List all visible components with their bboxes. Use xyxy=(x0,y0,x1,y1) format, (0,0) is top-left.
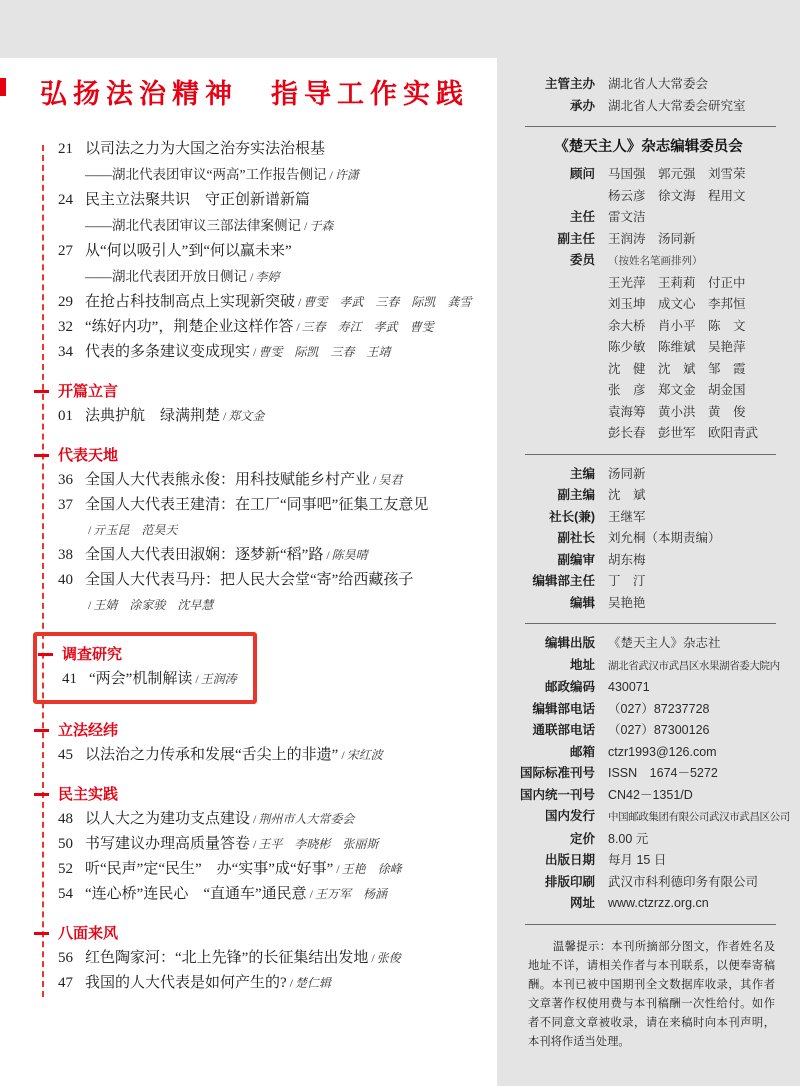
entry-page-number: 34 xyxy=(58,340,85,365)
masthead-row: 网址www.ctzrzz.org.cn xyxy=(497,893,800,915)
toc-entry: 48以人大之为建功支点建设荆州市人大常委会 xyxy=(58,807,497,832)
section-header-label: 立法经纬 xyxy=(58,722,118,739)
masthead-row: 杨云彦 徐文海 程用文 xyxy=(497,186,800,208)
entry-subtitle-author: 于森 xyxy=(301,214,333,239)
masthead-value: 刘允桐（本期责编） xyxy=(608,528,721,550)
masthead-label: 编辑 xyxy=(497,593,595,615)
section-header-label: 民主实践 xyxy=(58,786,118,803)
toc-entry: 34代表的多条建议变成现实曹雯 际凯 三春 王靖 xyxy=(58,340,497,365)
masthead-label: 国内发行 xyxy=(497,806,595,828)
masthead-committee-title: 《楚天主人》杂志编辑委员会 xyxy=(497,136,800,158)
masthead-value: ISSN 1674－5272 xyxy=(608,763,718,785)
masthead-value: 8.00 元 xyxy=(608,829,648,851)
entry-title: “连心桥”连民心 “直通车”通民意 xyxy=(85,882,307,907)
masthead-row: 刘玉坤 成文心 李邦恒 xyxy=(497,294,800,316)
masthead-value: 余大桥 肖小平 陈 文 xyxy=(608,316,746,338)
entry-page-number: 21 xyxy=(58,137,85,162)
masthead-label: 出版日期 xyxy=(497,850,595,872)
entry-title: 代表的多条建议变成现实 xyxy=(85,340,250,365)
entry-page-number: 56 xyxy=(58,946,85,971)
masthead-value: 王光萍 王莉莉 付正中 xyxy=(608,273,746,295)
masthead-row: 国际标准刊号ISSN 1674－5272 xyxy=(497,763,800,785)
masthead-label: 主编 xyxy=(497,464,595,486)
entry-author: 宋红波 xyxy=(338,743,382,768)
section-header-label: 八面来风 xyxy=(58,925,118,942)
masthead-row: 王光萍 王莉莉 付正中 xyxy=(497,273,800,295)
masthead-divider xyxy=(525,454,776,455)
masthead-label: 承办 xyxy=(497,96,595,118)
toc-entry-subtitle-row: ——湖北代表团审议三部法律案侧记于森 xyxy=(58,213,497,239)
entry-title: 书写建议办理高质量答卷 xyxy=(85,832,250,857)
section-header: 开篇立言 xyxy=(58,379,497,404)
masthead-value: CN42－1351/D xyxy=(608,785,693,807)
masthead-notice: 温馨提示：本刊所摘部分图文，作者姓名及地址不详，请相关作者与本刊联系，以便奉寄稿… xyxy=(528,938,775,1052)
entry-author: 陈昊晴 xyxy=(323,543,367,568)
toc-entry: 29在抢占科技制高点上实现新突破曹雯 孝武 三春 际凯 龚雪 xyxy=(58,290,497,315)
toc-section: 八面来风56红色陶家河：“北上先锋”的长征集结出发地张俊47我国的人大代表是如何… xyxy=(58,921,497,996)
masthead-label: 副编审 xyxy=(497,550,595,572)
page-title: 弘扬法治精神 指导工作实践 xyxy=(40,72,497,111)
toc-entry: 45以法治之力传承和发展“舌尖上的非遗”宋红波 xyxy=(58,743,497,768)
entry-title: 红色陶家河：“北上先锋”的长征集结出发地 xyxy=(85,946,368,971)
toc-section: 民主实践48以人大之为建功支点建设荆州市人大常委会50书写建议办理高质量答卷王平… xyxy=(58,782,497,907)
entry-page-number: 38 xyxy=(58,543,85,568)
toc-entry: 38全国人大代表田淑娴：逐梦新“稻”路陈昊晴 xyxy=(58,543,497,568)
entry-author: 王平 李晓彬 张丽斯 xyxy=(250,832,378,857)
entry-title: 在抢占科技制高点上实现新突破 xyxy=(85,290,295,315)
masthead-row: 副主编沈 斌 xyxy=(497,485,800,507)
section-header: 八面来风 xyxy=(58,921,497,946)
toc-section: 开篇立言01法典护航 绿满荆楚郑文金 xyxy=(58,379,497,429)
masthead-label: 网址 xyxy=(497,893,595,915)
masthead-value: 马国强 郭元强 刘雪荣 xyxy=(608,164,746,186)
masthead-value: （027）87300126 xyxy=(608,720,709,742)
toc-entry: 40全国人大代表马丹：把人民大会堂“寄”给西藏孩子 xyxy=(58,568,497,593)
entry-page-number: 24 xyxy=(58,188,85,213)
masthead-row: 排版印刷武汉市科利德印务有限公司 xyxy=(497,872,800,894)
entry-subtitle-author: 许潇 xyxy=(326,163,358,188)
masthead-value: 王继军 xyxy=(608,507,646,529)
entry-page-number: 27 xyxy=(58,239,85,264)
entry-page-number: 50 xyxy=(58,832,85,857)
entry-page-number: 54 xyxy=(58,882,85,907)
toc-entry: 36全国人大代表熊永俊：用科技赋能乡村产业吴君 xyxy=(58,468,497,493)
masthead-value: ctzr1993@126.com xyxy=(608,742,717,764)
toc-entry: 50书写建议办理高质量答卷王平 李晓彬 张丽斯 xyxy=(58,832,497,857)
masthead-label: 定价 xyxy=(497,829,595,851)
masthead-value: 袁海筹 黄小洪 黄 俊 xyxy=(608,402,746,424)
masthead-row: 余大桥 肖小平 陈 文 xyxy=(497,316,800,338)
toc-section: 代表天地36全国人大代表熊永俊：用科技赋能乡村产业吴君37全国人大代表王建清：在… xyxy=(58,443,497,618)
toc-entry: 21以司法之力为大国之治夯实法治根基 xyxy=(58,137,497,162)
section-header: 代表天地 xyxy=(58,443,497,468)
masthead-row: 主任雷文洁 xyxy=(497,207,800,229)
masthead-row: 国内统一刊号CN42－1351/D xyxy=(497,785,800,807)
toc-entry: 37全国人大代表王建清：在工厂“同事吧”征集工友意见 xyxy=(58,493,497,518)
toc-panel: 弘扬法治精神 指导工作实践 21以司法之力为大国之治夯实法治根基——湖北代表团审… xyxy=(0,58,497,1086)
masthead-label: 副社长 xyxy=(497,528,595,550)
masthead-panel: 主管主办湖北省人大常委会承办湖北省人大常委会研究室《楚天主人》杂志编辑委员会顾问… xyxy=(497,0,800,1086)
masthead-row: 社长(兼)王继军 xyxy=(497,507,800,529)
entry-title: 全国人大代表王建清：在工厂“同事吧”征集工友意见 xyxy=(85,493,428,518)
masthead-label: 副主任 xyxy=(497,229,595,251)
masthead-value: 吴艳艳 xyxy=(608,593,646,615)
masthead-value: 胡东梅 xyxy=(608,550,646,572)
toc-entry: 56红色陶家河：“北上先锋”的长征集结出发地张俊 xyxy=(58,946,497,971)
masthead-row: 编辑部电话（027）87237728 xyxy=(497,699,800,721)
entry-author: 郑文金 xyxy=(220,404,264,429)
masthead-value: 沈 健 沈 斌 邹 霞 xyxy=(608,359,746,381)
masthead-row: 承办湖北省人大常委会研究室 xyxy=(497,96,800,118)
masthead-value: 《楚天主人》杂志社 xyxy=(608,633,721,655)
entry-page-number: 01 xyxy=(58,404,85,429)
masthead-label: 委员 xyxy=(497,250,595,272)
masthead-value: 刘玉坤 成文心 李邦恒 xyxy=(608,294,746,316)
toc-section-highlighted: 调查研究41“两会”机制解读王润涛 xyxy=(33,632,257,704)
entry-subtitle: ——湖北代表团开放日侧记 xyxy=(85,264,247,289)
section-header-label: 代表天地 xyxy=(58,447,118,464)
section-header: 立法经纬 xyxy=(58,718,497,743)
entry-page-number: 37 xyxy=(58,493,85,518)
masthead-value: 丁 汀 xyxy=(608,571,646,593)
masthead-row: 主编汤同新 xyxy=(497,464,800,486)
section-header-label: 开篇立言 xyxy=(58,383,118,400)
entry-page-number: 29 xyxy=(58,290,85,315)
masthead-row: 张 彦 郑文金 胡金国 xyxy=(497,380,800,402)
entry-author: 楚仁辑 xyxy=(287,971,331,996)
masthead-value: 每月 15 日 xyxy=(608,850,666,872)
masthead-row: 国内发行中国邮政集团有限公司武汉市武昌区公司 xyxy=(497,806,800,829)
masthead-label: 邮政编码 xyxy=(497,677,595,699)
masthead-row: 副编审胡东梅 xyxy=(497,550,800,572)
entry-page-number: 32 xyxy=(58,315,85,340)
entry-title: 以人大之为建功支点建设 xyxy=(85,807,250,832)
masthead-label: 编辑出版 xyxy=(497,633,595,655)
masthead-value: 湖北省人大常委会 xyxy=(608,74,708,96)
toc-entry: 27从“何以吸引人”到“何以赢未来” xyxy=(58,239,497,264)
entry-author: 三春 寿江 孝武 曹雯 xyxy=(293,315,433,340)
masthead-value: 杨云彦 徐文海 程用文 xyxy=(608,186,746,208)
entry-subtitle-author: 李婷 xyxy=(247,265,279,290)
masthead-row: 陈少敏 陈维斌 吴艳萍 xyxy=(497,337,800,359)
masthead-label: 通联部电话 xyxy=(497,720,595,742)
entry-page-number: 40 xyxy=(58,568,85,593)
masthead-row: 编辑吴艳艳 xyxy=(497,593,800,615)
masthead-row: 主管主办湖北省人大常委会 xyxy=(497,74,800,96)
toc-entry: 41“两会”机制解读王润涛 xyxy=(62,667,253,692)
masthead-label: 排版印刷 xyxy=(497,872,595,894)
entry-title: “两会”机制解读 xyxy=(89,667,192,692)
left-edge-tick-mark xyxy=(0,78,6,96)
entry-author: 吴君 xyxy=(370,468,402,493)
entry-page-number: 48 xyxy=(58,807,85,832)
masthead-value: 汤同新 xyxy=(608,464,646,486)
masthead-row: 编辑部主任丁 汀 xyxy=(497,571,800,593)
masthead-value: 陈少敏 陈维斌 吴艳萍 xyxy=(608,337,746,359)
masthead-value: 张 彦 郑文金 胡金国 xyxy=(608,380,746,402)
masthead-label: 国际标准刊号 xyxy=(497,763,595,785)
masthead-value: 430071 xyxy=(608,677,650,699)
masthead-label: 顾问 xyxy=(497,164,595,186)
masthead-value: 中国邮政集团有限公司武汉市武昌区公司 xyxy=(608,807,790,829)
entry-title: 全国人大代表田淑娴：逐梦新“稻”路 xyxy=(85,543,323,568)
section-header: 民主实践 xyxy=(58,782,497,807)
masthead-value: 湖北省武汉市武昌区水果湖省委大院内 xyxy=(608,656,780,678)
masthead-value: （按姓名笔画排列） xyxy=(608,251,703,273)
masthead-value: www.ctzrzz.org.cn xyxy=(608,893,709,915)
toc-entry: 01法典护航 绿满荆楚郑文金 xyxy=(58,404,497,429)
entry-author: 曹雯 际凯 三春 王靖 xyxy=(250,340,390,365)
masthead-row: 编辑出版《楚天主人》杂志社 xyxy=(497,633,800,655)
masthead-row: 邮箱ctzr1993@126.com xyxy=(497,742,800,764)
entry-author: 王艳 徐峰 xyxy=(333,857,401,882)
entry-title: 从“何以吸引人”到“何以赢未来” xyxy=(85,239,292,264)
masthead-row: 出版日期每月 15 日 xyxy=(497,850,800,872)
entry-author: 张俊 xyxy=(368,946,400,971)
masthead-label: 编辑部电话 xyxy=(497,699,595,721)
masthead-label: 地址 xyxy=(497,655,595,677)
masthead-row: 袁海筹 黄小洪 黄 俊 xyxy=(497,402,800,424)
entry-page-number: 45 xyxy=(58,743,85,768)
entry-title: 民主立法聚共识 守正创新谱新篇 xyxy=(85,188,310,213)
toc-list: 21以司法之力为大国之治夯实法治根基——湖北代表团审议“两高”工作报告侧记许潇2… xyxy=(0,137,497,996)
entry-subtitle: ——湖北代表团审议三部法律案侧记 xyxy=(85,213,301,238)
toc-entry: 54“连心桥”连民心 “直通车”通民意王万军 杨涵 xyxy=(58,882,497,907)
entry-author: 荆州市人大常委会 xyxy=(250,807,354,832)
entry-title: 全国人大代表熊永俊：用科技赋能乡村产业 xyxy=(85,468,370,493)
entry-title: 我国的人大代表是如何产生的? xyxy=(85,971,287,996)
masthead-label: 国内统一刊号 xyxy=(497,785,595,807)
toc-entry-subtitle-row: ——湖北代表团审议“两高”工作报告侧记许潇 xyxy=(58,162,497,188)
entry-author: 王婧 涂家骏 沈早慧 xyxy=(85,593,213,618)
entry-title: 以法治之力传承和发展“舌尖上的非遗” xyxy=(85,743,338,768)
masthead-row: 沈 健 沈 斌 邹 霞 xyxy=(497,359,800,381)
section-header-label: 调查研究 xyxy=(62,646,122,663)
masthead-label: 主任 xyxy=(497,207,595,229)
masthead-label: 副主编 xyxy=(497,485,595,507)
toc-section: 立法经纬45以法治之力传承和发展“舌尖上的非遗”宋红波 xyxy=(58,718,497,768)
toc-entry: 32“练好内功”，荆楚企业这样作答三春 寿江 孝武 曹雯 xyxy=(58,315,497,340)
entry-title: 以司法之力为大国之治夯实法治根基 xyxy=(85,137,325,162)
toc-entry-authors-row: 亓玉昆 范昊天 xyxy=(58,518,497,543)
toc-entry: 47我国的人大代表是如何产生的?楚仁辑 xyxy=(58,971,497,996)
toc-entry: 52听“民声”定“民生” 办“实事”成“好事”王艳 徐峰 xyxy=(58,857,497,882)
masthead-value: 雷文洁 xyxy=(608,207,646,229)
toc-section: 21以司法之力为大国之治夯实法治根基——湖北代表团审议“两高”工作报告侧记许潇2… xyxy=(58,137,497,365)
toc-entry: 24民主立法聚共识 守正创新谱新篇 xyxy=(58,188,497,213)
entry-author: 亓玉昆 范昊天 xyxy=(85,518,177,543)
entry-title: “练好内功”，荆楚企业这样作答 xyxy=(85,315,293,340)
entry-author: 曹雯 孝武 三春 际凯 龚雪 xyxy=(295,290,471,315)
masthead-divider xyxy=(525,924,776,925)
entry-subtitle: ——湖北代表团审议“两高”工作报告侧记 xyxy=(85,162,326,187)
masthead-value: 湖北省人大常委会研究室 xyxy=(608,96,746,118)
masthead-row: 顾问马国强 郭元强 刘雪荣 xyxy=(497,164,800,186)
masthead-row: 定价8.00 元 xyxy=(497,829,800,851)
masthead-label: 邮箱 xyxy=(497,742,595,764)
section-header: 调查研究 xyxy=(62,642,253,667)
entry-title: 法典护航 绿满荆楚 xyxy=(85,404,220,429)
masthead-row: 地址湖北省武汉市武昌区水果湖省委大院内 xyxy=(497,655,800,678)
entry-page-number: 36 xyxy=(58,468,85,493)
masthead-value: 彭长春 彭世军 欧阳青武 xyxy=(608,423,758,445)
masthead-row: 副主任王润涛 汤同新 xyxy=(497,229,800,251)
masthead-value: 武汉市科利德印务有限公司 xyxy=(608,872,758,894)
masthead-row: 邮政编码430071 xyxy=(497,677,800,699)
masthead-label: 主管主办 xyxy=(497,74,595,96)
masthead-row: 彭长春 彭世军 欧阳青武 xyxy=(497,423,800,445)
masthead-row: 副社长刘允桐（本期责编） xyxy=(497,528,800,550)
masthead-divider xyxy=(525,623,776,624)
entry-page-number: 47 xyxy=(58,971,85,996)
toc-entry-subtitle-row: ——湖北代表团开放日侧记李婷 xyxy=(58,264,497,290)
entry-author: 王万军 杨涵 xyxy=(307,882,387,907)
masthead-value: 王润涛 汤同新 xyxy=(608,229,696,251)
masthead-divider xyxy=(525,126,776,127)
dashed-divider-line xyxy=(42,145,44,997)
masthead-label: 社长(兼) xyxy=(497,507,595,529)
masthead-row: 委员（按姓名笔画排列） xyxy=(497,250,800,273)
masthead-row: 通联部电话（027）87300126 xyxy=(497,720,800,742)
masthead-label: 编辑部主任 xyxy=(497,571,595,593)
masthead-value: 沈 斌 xyxy=(608,485,646,507)
entry-title: 全国人大代表马丹：把人民大会堂“寄”给西藏孩子 xyxy=(85,568,413,593)
masthead-value: （027）87237728 xyxy=(608,699,709,721)
toc-entry-authors-row: 王婧 涂家骏 沈早慧 xyxy=(58,593,497,618)
entry-author: 王润涛 xyxy=(192,667,236,692)
entry-page-number: 52 xyxy=(58,857,85,882)
entry-page-number: 41 xyxy=(62,667,89,692)
entry-title: 听“民声”定“民生” 办“实事”成“好事” xyxy=(85,857,333,882)
